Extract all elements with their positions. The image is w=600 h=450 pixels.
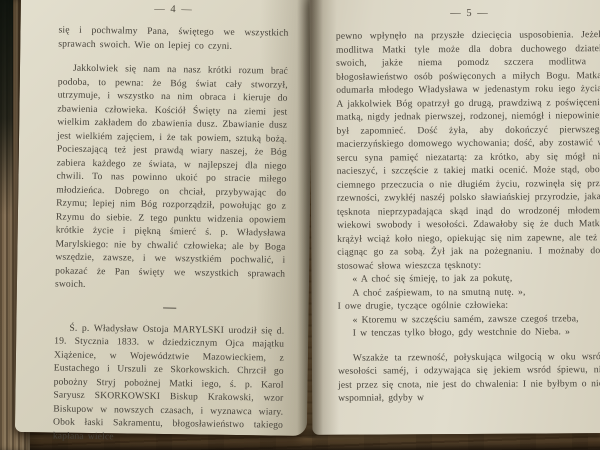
paragraph: Jakkolwiek się nam na nasz krótki rozum … [55,62,288,295]
verse-line: I w tenczas tylko błogo, gdy westchnie d… [353,325,600,340]
verse-quote: « Ktoremu w szczęściu samém, zawsze czeg… [353,312,600,341]
page-text-left: się i pochwalmy Pana, świętego we wszyst… [53,24,289,446]
book-page-right: — 5 — pewno wpłynęło na przyszłe dziecię… [310,0,600,435]
verse-quote: « A choć się śmieję, to jak za pokutę,A … [352,271,600,300]
paragraph: pewno wpłynęło na przyszłe dziecięcia us… [336,28,600,273]
photo-of-open-book: — 4 — się i pochwalmy Pana, świętego we … [0,0,600,450]
page-number-right: — 5 — [336,7,600,20]
page-number-left: — 4 — [59,3,289,17]
paragraph: Ś. p. Władysław Ostoja MARYLSKI urodził … [53,321,285,446]
page-text-right: pewno wpłynęło na przyszłe dziecięcia us… [336,28,600,405]
section-divider: — [55,300,285,313]
book-page-left: — 4 — się i pochwalmy Pana, świętego we … [15,0,313,436]
paragraph: Wszakże ta rzewność, połyskująca wilgoci… [338,350,600,406]
paragraph: się i pochwalmy Pana, świętego we wszyst… [58,24,288,54]
